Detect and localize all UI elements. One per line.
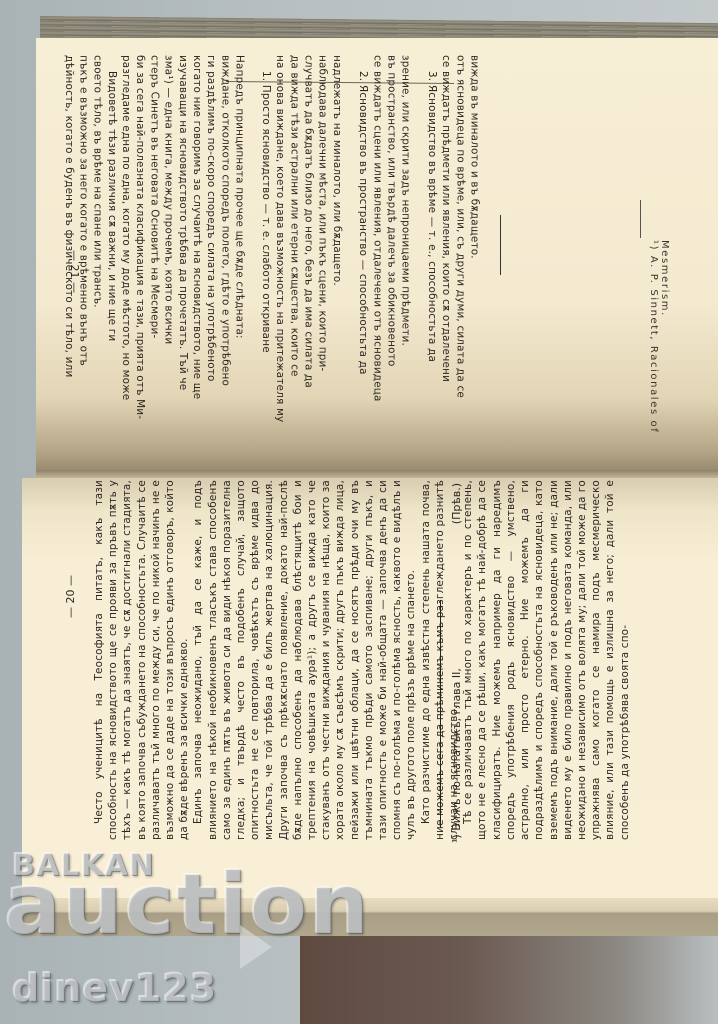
section-divider [500, 215, 501, 275]
page-21-text: дѣйность, когато е буденъ въ физическото… [62, 55, 481, 455]
text-line: пъкъ е възможно за него когато е врѣменн… [76, 55, 90, 455]
text-line: вижда въ миналото и въ бѫдащето. [467, 55, 481, 455]
watermark-seller: dinev123 [12, 966, 217, 1010]
text-line: Напредъ принципната прочее ще бѫде слѣдн… [232, 55, 246, 455]
text-line: изучаващи на ясновидството трѣбва да про… [176, 55, 190, 455]
footnote-rule [640, 200, 641, 238]
footnote-sinnett: ¹) A. P. Sinnett, Racionales of Mesmeris… [648, 240, 670, 480]
text-line: наблюдава далечни мѣста, или пъкъ сцени,… [315, 55, 329, 455]
text-line: ги раздѣлимъ по-скоро споредъ силата на … [204, 55, 218, 455]
footnote-text: ¹) Вижъ по-нататъкъ, глава II, [450, 668, 463, 843]
text-line: случватъ да бѫдатъ близо до него, безъ д… [301, 55, 315, 455]
text-line: разгледаме една по една, когато му доде … [119, 55, 133, 455]
watermark-play-icon [240, 925, 272, 969]
text-line: да вижда тѣзи астрални или етерни сѫщест… [287, 55, 301, 455]
list-item-1: 1. Просто ясновидство — т. е. слабото от… [259, 55, 273, 455]
list-item-3: 3. Ясновидство въ врѣме — т. е., способн… [425, 55, 439, 455]
paragraph: Често ученицитѣ на Теософията питатъ, ка… [92, 480, 191, 840]
footnote-see-chapter: ¹) Вижъ по-нататъкъ, глава II, (Прѣв.) [450, 483, 463, 843]
page-20-text: Често ученицитѣ на Теософията питатъ, ка… [92, 480, 632, 840]
text-line: зма¹) — една книга, между прочемъ, която… [161, 55, 175, 455]
text-line: надлежатъ на миналото, или бѫдащето. [330, 55, 344, 455]
text-line: стеръ Синетъ въ неговата Основитѣ на Мес… [147, 55, 161, 455]
paragraph: Единъ започва неожидано, тъй да се каже,… [191, 480, 418, 840]
text-line: на онова виждане, което дава възможность… [273, 55, 287, 455]
text-line: би за сега най-полезната класификация е … [133, 55, 147, 455]
footnote-credit: (Прѣв.) [450, 483, 463, 524]
text-line: дѣйность, когато е буденъ въ физическото… [62, 55, 76, 455]
text-line: своето тѣло, въ врѣме на спане или транс… [90, 55, 104, 455]
text-line: се виждатъ прѣдмети или явления, които с… [439, 55, 453, 455]
text-line: виждане, отколкото споредъ полето, гдѣто… [218, 55, 232, 455]
list-item-2: 2. Ясновидство въ пространство — способн… [356, 55, 370, 455]
text-line: се виждатъ сцени или явления, отдалечени… [370, 55, 384, 455]
text-line: отъ ясновидеца по врѣме, или, съ други д… [453, 55, 467, 455]
paragraph: Тѣ се различаватъ тъй много по характеръ… [461, 480, 631, 840]
footnote-rule [440, 600, 441, 828]
text-line: въ пространство, или твърдѣ далечъ за об… [384, 55, 398, 455]
watermark-auction: auction [4, 862, 371, 946]
text-line: Видоветѣ тѣзи различия сѫ важни, и ние щ… [105, 55, 119, 455]
page-number-20: — 20 — [64, 575, 77, 618]
text-line: зрение, или скрити задъ непроницаеми прѣ… [398, 55, 412, 455]
text-line: когато ние говоримъ за случаитѣ на яснов… [190, 55, 204, 455]
